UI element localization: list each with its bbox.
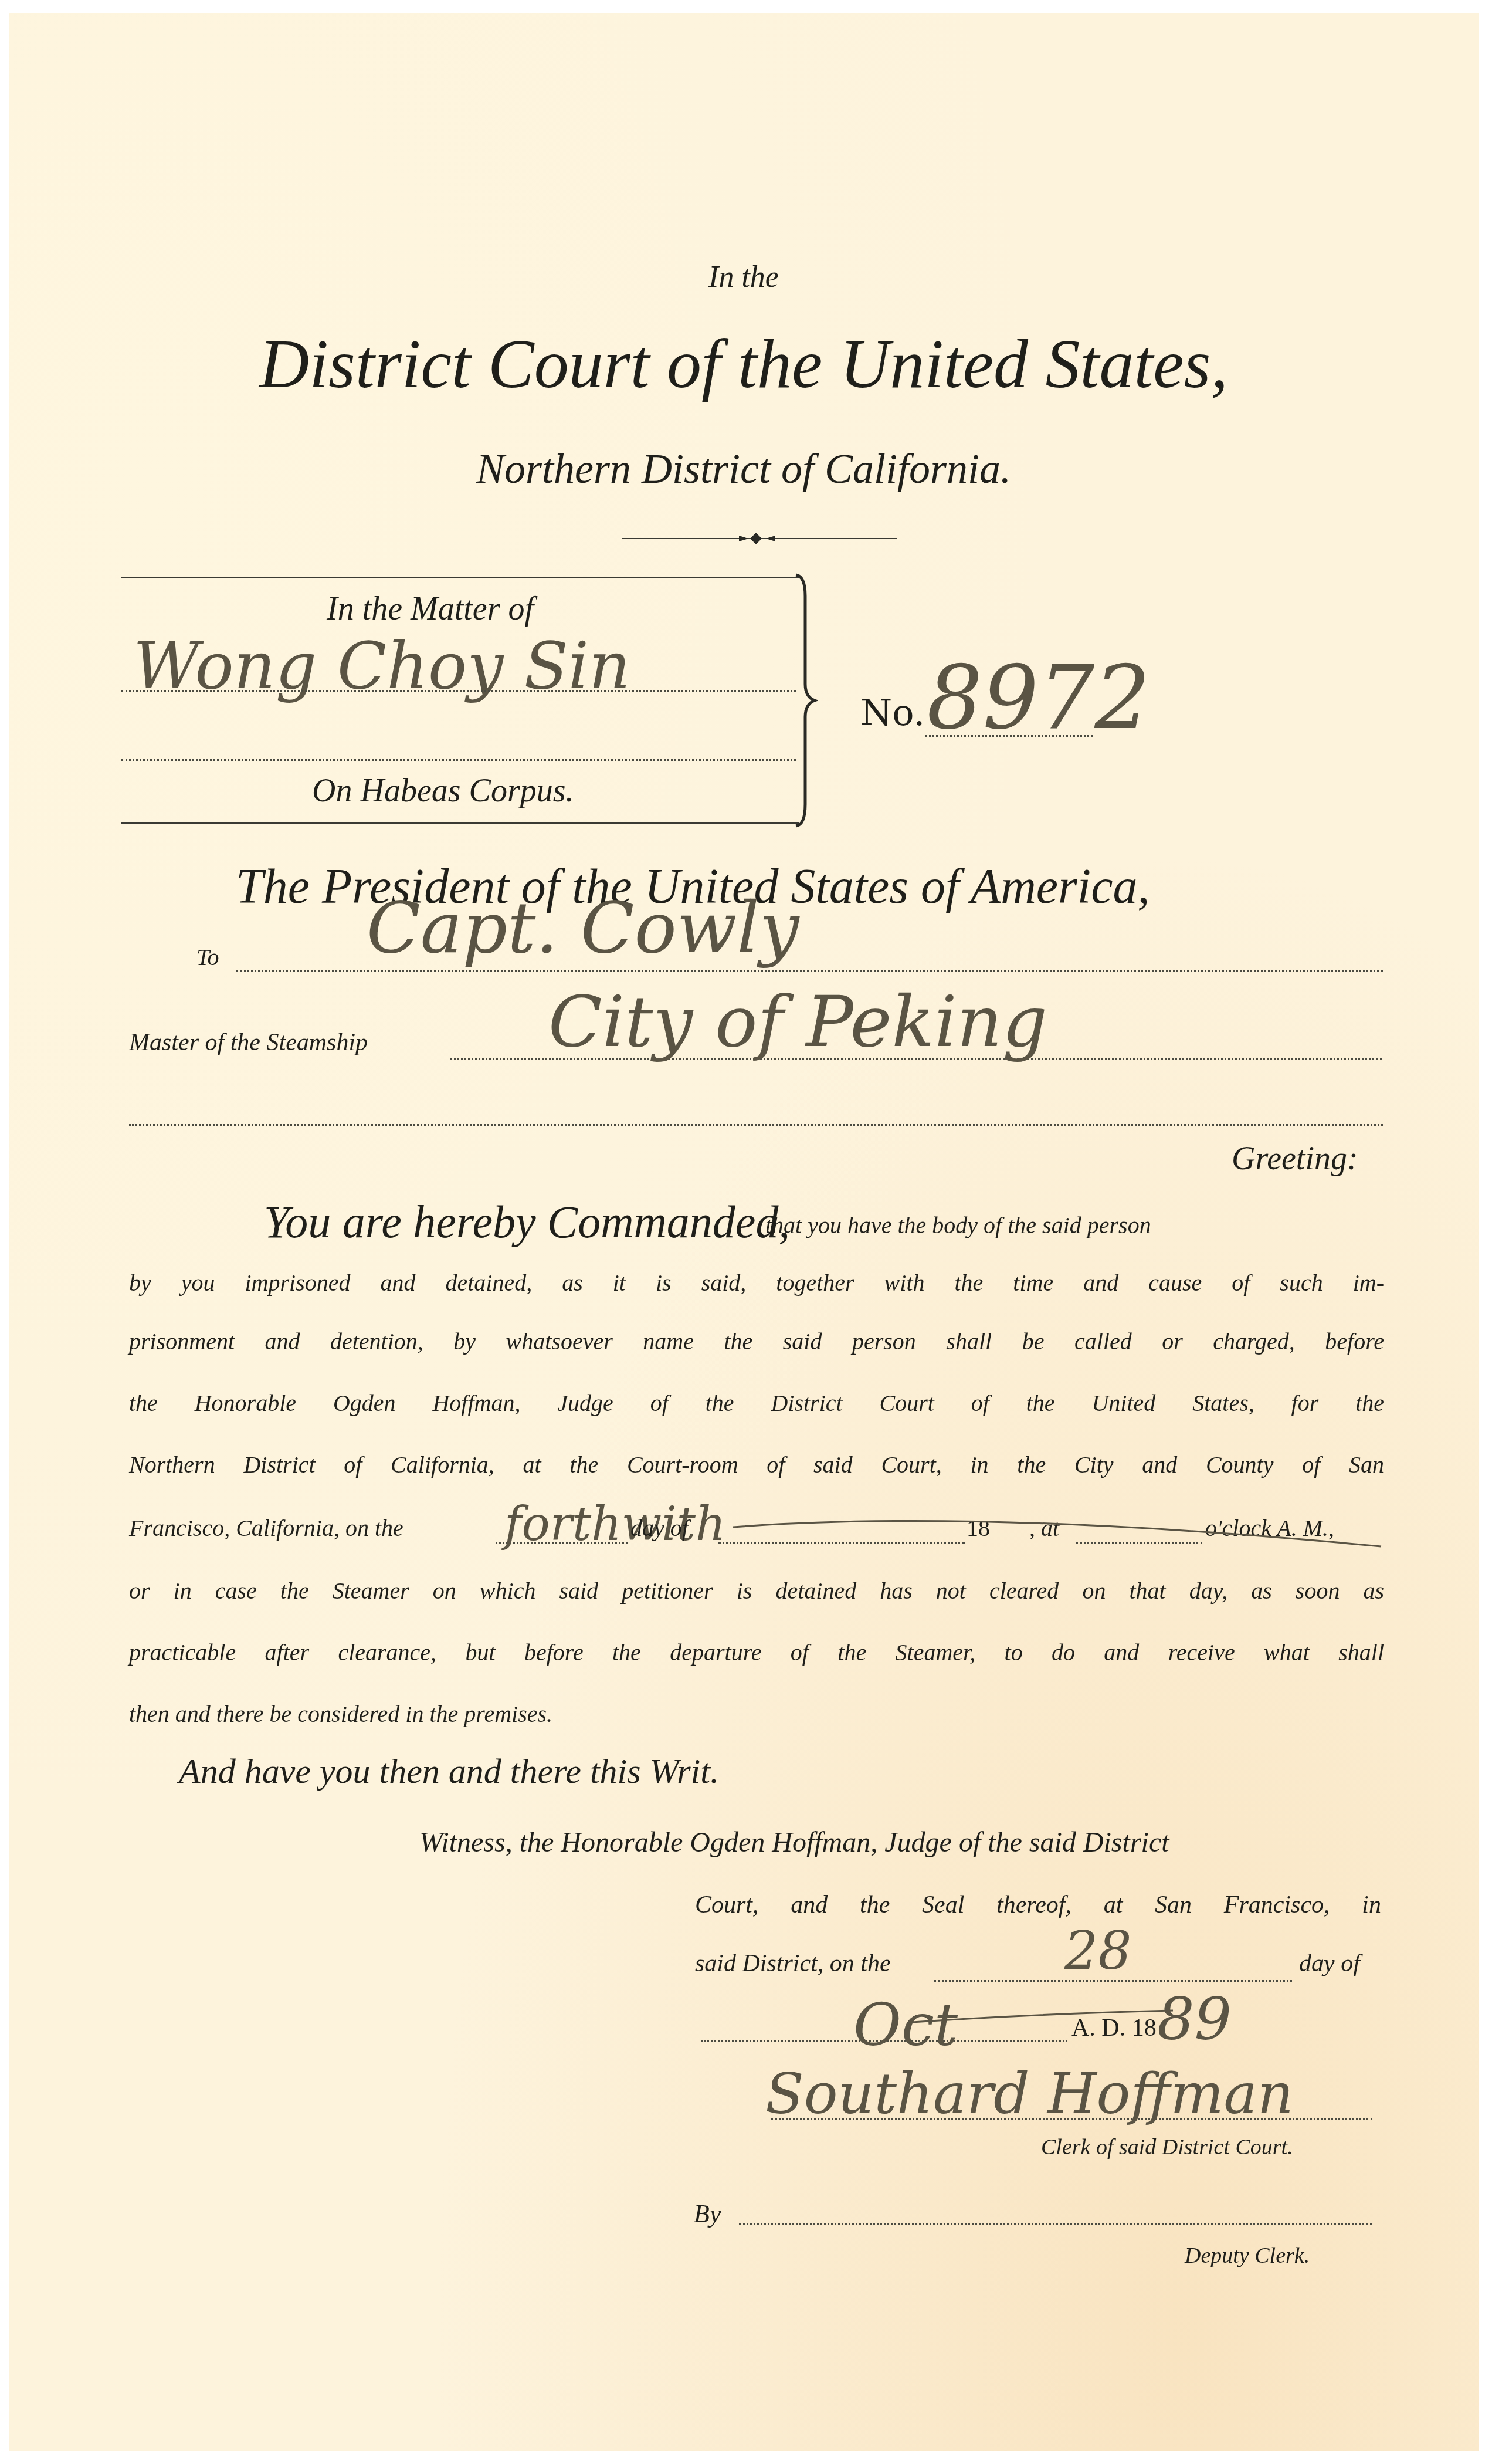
district-subtitle: Northern District of California. <box>9 445 1479 493</box>
witness-line-1: Witness, the Honorable Ogden Hoffman, Ju… <box>419 1826 1381 1859</box>
witness-line-2: Court, and the Seal thereof, at San Fran… <box>695 1891 1381 1919</box>
commanded-lead: You are hereby Commanded, <box>264 1196 790 1248</box>
writ-line-0: that you have the body of the said perso… <box>765 1211 1384 1239</box>
steamship-value: City of Peking <box>548 981 1047 1063</box>
writ-line-5: or in case the Steamer on which said pet… <box>129 1577 1384 1605</box>
case-no-label: No. <box>860 691 925 734</box>
writ-line-4: Northern District of California, at the … <box>129 1451 1384 1478</box>
brace-icon <box>795 573 818 828</box>
writ-closing: And have you then and there this Writ. <box>179 1751 719 1792</box>
strike-through-mark <box>733 1514 1384 1549</box>
witness-line-3-suffix: day of <box>1299 1949 1360 1978</box>
to-value: Capt. Cowly <box>367 888 799 969</box>
month-strike-mark <box>912 2008 1176 2026</box>
clerk-title: Clerk of said District Court. <box>1041 2134 1293 2160</box>
deputy-title: Deputy Clerk. <box>1185 2243 1310 2269</box>
witness-line-3-prefix: said District, on the <box>695 1949 891 1978</box>
document-page: In the District Court of the United Stat… <box>9 13 1479 2451</box>
court-title: District Court of the United States, <box>9 324 1479 404</box>
hearing-day-value: forthwith <box>504 1497 725 1551</box>
greeting: Greeting: <box>1232 1140 1358 1177</box>
caption-top-rule <box>121 577 799 578</box>
date-line-prefix: Francisco, California, on the <box>129 1514 403 1542</box>
caption-box: In the Matter of Wong Choy Sin On Habeas… <box>121 564 813 845</box>
proceeding-label: On Habeas Corpus. <box>312 772 574 810</box>
deputy-signature-line <box>739 2223 1372 2225</box>
hearing-date-line: Francisco, California, on the forthwith … <box>129 1514 1384 1549</box>
petitioner-line <box>121 690 796 692</box>
case-no-value: 8972 <box>927 647 1151 749</box>
day-of-label: day of <box>630 1514 689 1542</box>
petitioner-line-2 <box>121 759 796 761</box>
petitioner-name: Wong Choy Sin <box>133 628 630 703</box>
to-label: To <box>196 943 219 971</box>
steamship-line-2 <box>129 1124 1383 1126</box>
writ-line-6: practicable after clearance, but before … <box>129 1639 1384 1666</box>
in-matter-of-label: In the Matter of <box>327 590 534 628</box>
to-line <box>236 970 1383 972</box>
by-label: By <box>694 2199 721 2229</box>
header-in-the: In the <box>9 260 1479 295</box>
writ-line-7: then and there be considered in the prem… <box>129 1700 552 1728</box>
writ-line-1: by you imprisoned and detained, as it is… <box>129 1269 1384 1297</box>
writ-line-3: the Honorable Ogden Hoffman, Judge of th… <box>129 1389 1384 1417</box>
ornament-divider <box>622 534 897 543</box>
clerk-signature: Southard Hoffman <box>765 2061 1294 2127</box>
master-label: Master of the Steamship <box>129 1028 368 1057</box>
writ-line-2: prisonment and detention, by whatsoever … <box>129 1328 1384 1355</box>
witness-day-value: 28 <box>1064 1920 1132 1982</box>
caption-bottom-rule <box>121 822 799 824</box>
